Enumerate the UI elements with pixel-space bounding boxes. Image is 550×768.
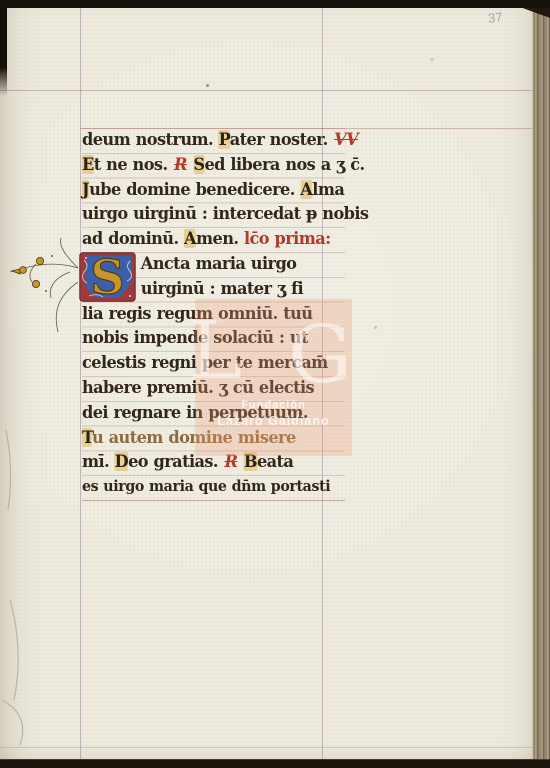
manuscript-text-segment: ad dominū. — [82, 229, 184, 248]
svg-text:S: S — [91, 252, 125, 302]
manuscript-text-segment — [188, 155, 194, 174]
manuscript-text-segment: lia regis regum omniū. tuū — [82, 304, 312, 323]
ruled-line-horizontal-bottom — [0, 747, 538, 748]
manuscript-text-segment: lc̄o prima: — [244, 229, 331, 248]
folio-number: 37 — [487, 9, 503, 25]
ink-speck — [430, 58, 434, 61]
manuscript-photo: deum nostrum. Pater noster. VVEt ne nos.… — [0, 0, 550, 768]
manuscript-text-segment: P — [219, 130, 230, 149]
manuscript-text-segment: lma — [312, 180, 344, 199]
manuscript-text-segment: uirgo uirginū : intercedat p̶ nobis — [82, 204, 368, 223]
manuscript-text-segment: dei regnare in perpetuum. — [82, 403, 308, 422]
manuscript-line: celestis regni per te mercam̄ — [82, 351, 340, 376]
manuscript-line: deum nostrum. Pater noster. VV — [82, 128, 340, 153]
manuscript-text-segment: ater noster. — [230, 130, 333, 149]
manuscript-text-segment: R — [223, 452, 238, 471]
manuscript-line: Jube domine benedicere. Alma — [82, 178, 340, 203]
photo-edge-left — [0, 0, 7, 96]
manuscript-line: habere premiū. ʒ cū electis — [82, 376, 340, 401]
manuscript-line: lia regis regum omniū. tuū — [82, 302, 340, 327]
manuscript-line: es uirgo maria que dn̄m portasti — [82, 475, 340, 500]
manuscript-text-segment: u autem domine misere — [92, 428, 296, 447]
illuminated-initial-s: S — [79, 252, 136, 302]
manuscript-text-segment: men. — [196, 229, 244, 248]
photo-edge-bottom — [0, 759, 550, 768]
manuscript-text-segment: nobis impende solaciū : ut — [82, 328, 308, 347]
manuscript-text-segment: T — [82, 428, 92, 447]
manuscript-text-segment: A — [184, 229, 196, 248]
manuscript-text-segment: VV — [333, 130, 359, 149]
photo-edge-top — [0, 0, 550, 8]
ink-speck — [206, 84, 209, 87]
manuscript-text-segment: es uirgo maria que dn̄m portasti — [82, 478, 330, 495]
ruled-line-vertical-left — [80, 0, 81, 768]
manuscript-line: nobis impende solaciū : ut — [82, 326, 340, 351]
manuscript-text-segment: eo gratias. — [128, 452, 223, 471]
manuscript-line: ad dominū. Amen. lc̄o prima: — [82, 227, 340, 252]
manuscript-text-segment: R — [173, 155, 188, 174]
manuscript-text-segment: B — [244, 452, 257, 471]
manuscript-text-segment: A — [300, 180, 312, 199]
manuscript-text-segment: celestis regni per te mercam̄ — [82, 353, 328, 372]
manuscript-text-segment: D — [115, 452, 128, 471]
manuscript-text-segment: ube domine benedicere. — [89, 180, 300, 199]
manuscript-text-segment: Ancta maria uirgo — [141, 254, 297, 273]
manuscript-text-segment: eata — [257, 452, 293, 471]
manuscript-line: uirgo uirginū : intercedat p̶ nobis — [82, 202, 340, 227]
manuscript-text-segment: E — [82, 155, 94, 174]
manuscript-text-segment: uirginū : mater ʒ fi — [141, 279, 303, 298]
text-block: deum nostrum. Pater noster. VVEt ne nos.… — [82, 128, 345, 501]
manuscript-line: mī. Deo gratias. R Beata — [82, 450, 340, 475]
ink-speck — [374, 326, 377, 329]
manuscript-text-segment: t ne nos. — [94, 155, 173, 174]
manuscript-text-segment: S — [193, 155, 204, 174]
manuscript-line: Tu autem domine misere — [82, 426, 340, 451]
manuscript-text-segment: ed libera nos a ʒ c̄. — [204, 155, 364, 174]
manuscript-text-segment: deum nostrum. — [82, 130, 219, 149]
ruled-line-horizontal-top — [0, 90, 538, 91]
manuscript-text-segment: mī. — [82, 452, 115, 471]
manuscript-text-segment: habere premiū. ʒ cū electis — [82, 378, 314, 397]
manuscript-line: Et ne nos. R Sed libera nos a ʒ c̄. — [82, 153, 340, 178]
page-edges-right — [532, 0, 550, 768]
manuscript-line: dei regnare in perpetuum. — [82, 401, 340, 426]
margin-flourish — [6, 236, 84, 336]
